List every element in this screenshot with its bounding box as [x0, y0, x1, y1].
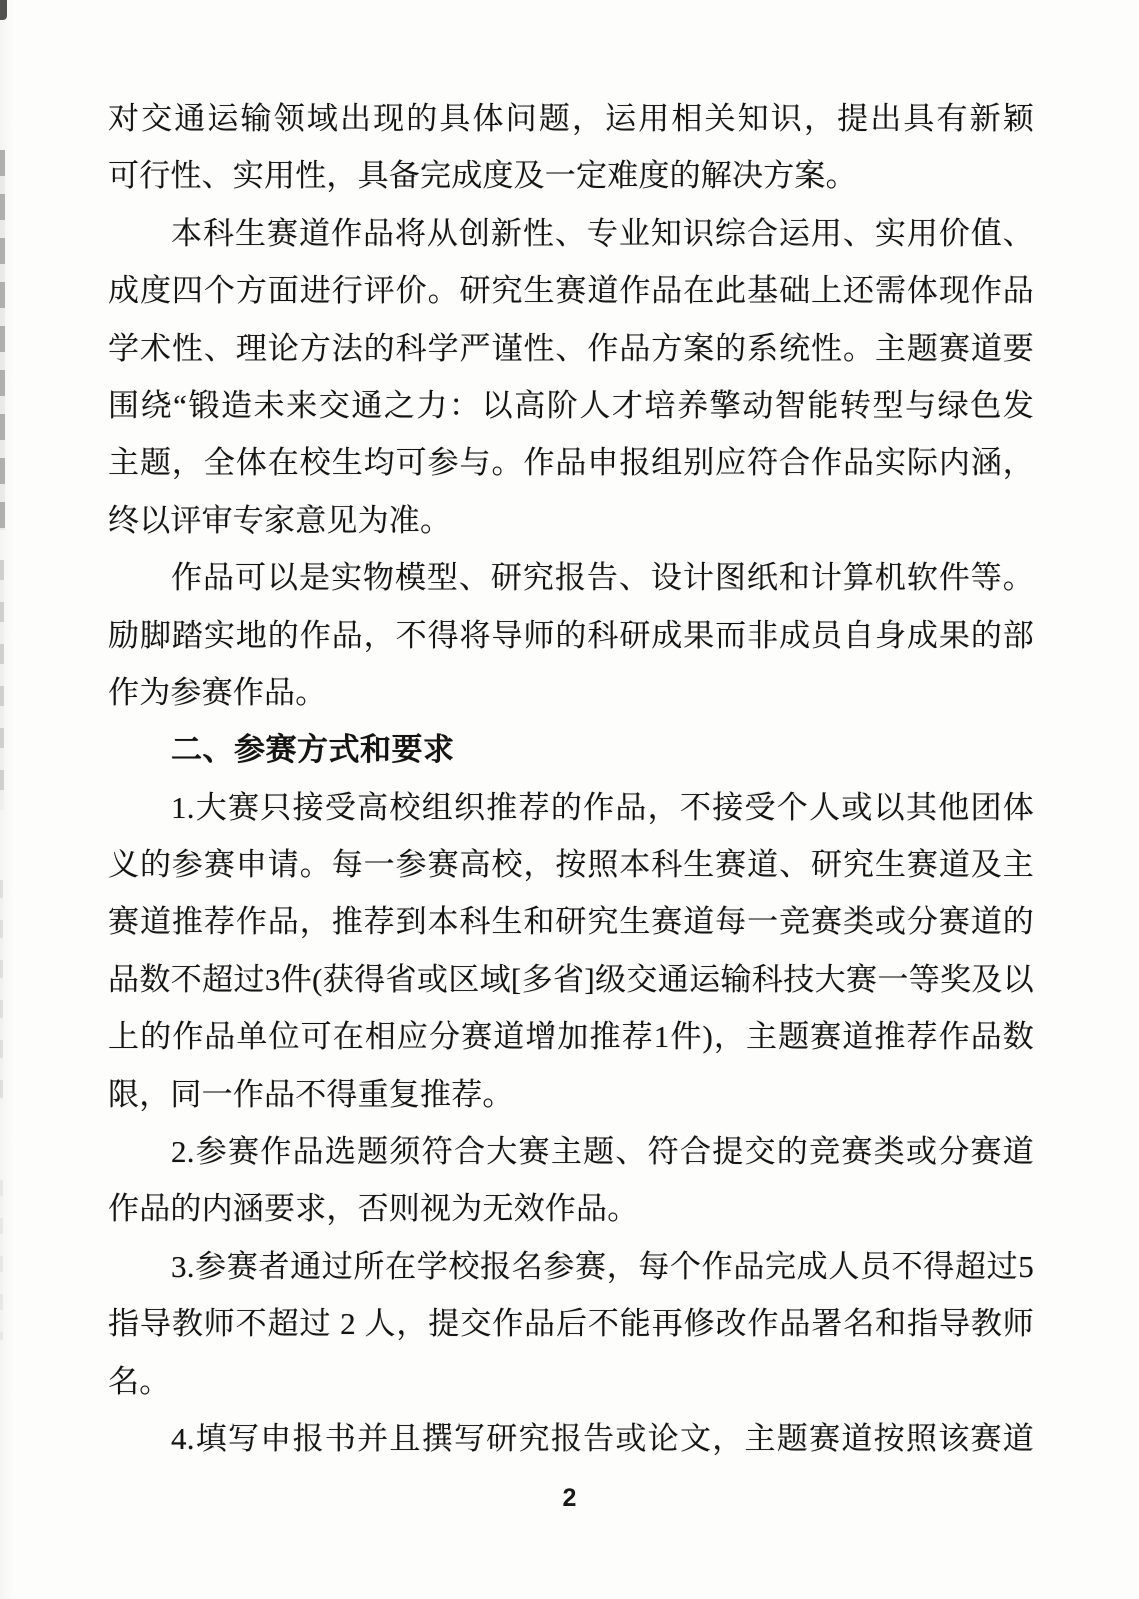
- text-line: 名。: [108, 1353, 1034, 1410]
- text-line: 赛道推荐作品，推荐到本科生和研究生赛道每一竞赛类或分赛道的作: [108, 893, 1034, 950]
- scan-artifact-left-edge: [0, 880, 3, 1100]
- scan-artifact-left-edge: [0, 1180, 3, 1340]
- text-line: 上的作品单位可在相应分赛道增加推荐1件)，主题赛道推荐作品数不: [108, 1008, 1034, 1065]
- text-line: 4.填写申报书并且撰写研究报告或论文，主题赛道按照该赛道要: [108, 1410, 1034, 1467]
- text-line: 对交通运输领域出现的具体问题，运用相关知识，提出具有新颖性、: [108, 90, 1034, 147]
- text-line: 学术性、理论方法的科学严谨性、作品方案的系统性。主题赛道要求: [108, 320, 1034, 377]
- text-line: 3.参赛者通过所在学校报名参赛，每个作品完成人员不得超过5人，: [108, 1238, 1034, 1295]
- text-line: 成度四个方面进行评价。研究生赛道作品在此基础上还需体现作品的: [108, 262, 1034, 319]
- text-line: 围绕“锻造未来交通之力：以高阶人才培养擎动智能转型与绿色发展”: [108, 377, 1034, 434]
- section-heading: 二、参赛方式和要求: [108, 721, 1034, 778]
- text-line: 励脚踏实地的作品，不得将导师的科研成果而非成员自身成果的部分: [108, 607, 1034, 664]
- page-number: 2: [0, 1484, 1139, 1513]
- text-line: 终以评审专家意见为准。: [108, 492, 1034, 549]
- scan-artifact-left-edge: [0, 150, 5, 530]
- scan-artifact-left-edge: [0, 560, 4, 810]
- scan-artifact-corner: [0, 0, 7, 20]
- text-line: 主题，全体在校生均可参与。作品申报组别应符合作品实际内涵，最: [108, 434, 1034, 491]
- text-line: 作品的内涵要求，否则视为无效作品。: [108, 1180, 1034, 1237]
- text-line: 指导教师不超过 2 人，提交作品后不能再修改作品署名和指导教师署: [108, 1295, 1034, 1352]
- text-line: 限，同一作品不得重复推荐。: [108, 1066, 1034, 1123]
- text-line: 品数不超过3件(获得省或区域[多省]级交通运输科技大赛一等奖及以: [108, 951, 1034, 1008]
- text-line: 2.参赛作品选题须符合大赛主题、符合提交的竞赛类或分赛道对: [108, 1123, 1034, 1180]
- text-line: 可行性、实用性，具备完成度及一定难度的解决方案。: [108, 147, 1034, 204]
- text-line: 作为参赛作品。: [108, 664, 1034, 721]
- text-line: 作品可以是实物模型、研究报告、设计图纸和计算机软件等。鼓: [108, 549, 1034, 606]
- text-line: 1.大赛只接受高校组织推荐的作品，不接受个人或以其他团体名: [108, 779, 1034, 836]
- text-line: 义的参赛申请。每一参赛高校，按照本科生赛道、研究生赛道及主题: [108, 836, 1034, 893]
- text-line: 本科生赛道作品将从创新性、专业知识综合运用、实用价值、完: [108, 205, 1034, 262]
- document-body: 对交通运输领域出现的具体问题，运用相关知识，提出具有新颖性、可行性、实用性，具备…: [108, 90, 1034, 1467]
- scanned-page: 对交通运输领域出现的具体问题，运用相关知识，提出具有新颖性、可行性、实用性，具备…: [0, 0, 1139, 1599]
